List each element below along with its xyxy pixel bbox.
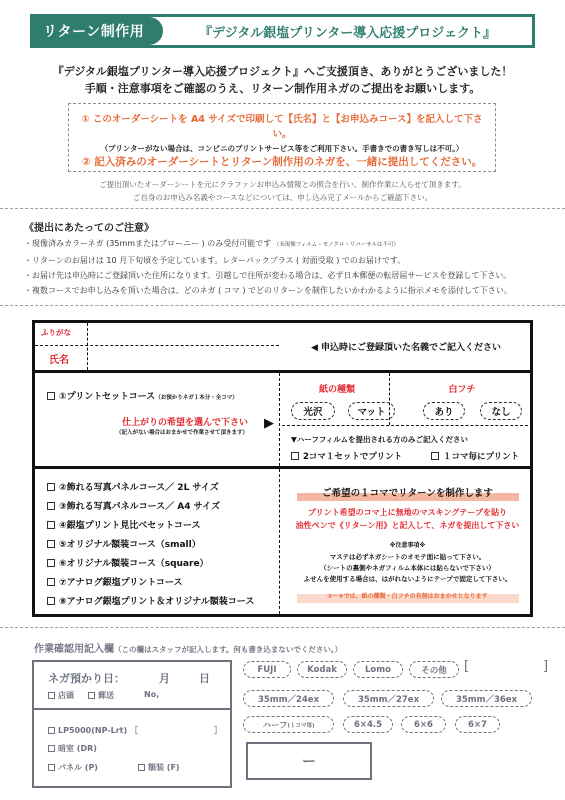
furigana-label: ふりがな <box>41 327 71 338</box>
frame-info-title: ご希望の１コマでリターンを制作します <box>282 485 533 499</box>
course-4-checkbox[interactable]: ④銀塩プリント見比べセットコース <box>47 518 200 531</box>
caution-item: ・複数コースでお申し込みを頂いた場合は、どのネガ ( コマ ) でどのリターンを… <box>24 283 512 298</box>
course-8-checkbox[interactable]: ⑧アナログ銀塩プリント＆オリジナル額装コース <box>47 594 254 607</box>
furigana-input[interactable] <box>91 324 277 344</box>
caution-item: ・リターンのお届けは 10 月下旬頃を予定しています。レターパックプラス ( 対… <box>24 253 512 268</box>
course-1-row: ①プリントセットコース（お預かりネガ１本分・全コマ） 仕上がりの希望を選んで下さ… <box>35 373 530 469</box>
divider-bottom <box>0 627 565 628</box>
day-label: 日 <box>199 670 210 686</box>
caution-item: ・お届け先は申込時にご登録頂いた住所になります。引越しで住所が変わる場合は、必ず… <box>24 268 512 283</box>
staff-receipt-box: ネガ預かり日： 月 日 店頭 郵送 No, LP5000(NP-Lrt) ［ ］… <box>32 660 232 788</box>
other-bracket-open: [ <box>464 659 469 674</box>
frame-instruction-2: 油性ペンで《リターン用》と記入して、ネガを提出して下さい <box>282 520 533 531</box>
half-1-frame-checkbox[interactable]: １コマ毎にプリント <box>431 450 519 462</box>
frame-caution-3: ふせんを使用する場合は、はがれないようにテープで固定して下さい。 <box>282 574 533 583</box>
panel-checkbox[interactable]: パネル (P) <box>48 762 98 773</box>
format-35mm-24ex[interactable]: 35mm／24ex <box>243 690 334 707</box>
caution-heading: ※注意事項※ <box>282 540 533 549</box>
count-box[interactable]: ー <box>246 742 372 780</box>
darkroom-checkbox[interactable]: 暗室 (DR) <box>48 743 97 754</box>
course-1-checkbox[interactable]: ①プリントセットコース（お預かりネガ１本分・全コマ） <box>47 389 238 402</box>
course-6-checkbox[interactable]: ⑥オリジナル額装コース（square） <box>47 556 209 569</box>
name-input[interactable] <box>91 347 277 369</box>
name-label: 氏名 <box>49 351 69 366</box>
course-7-checkbox[interactable]: ⑦アナログ銀塩プリントコース <box>47 575 182 588</box>
course-1-hint: 仕上がりの希望を選んで下さい <box>122 415 248 428</box>
other-bracket-close: ] <box>543 659 548 674</box>
paper-type-label: 紙の種類 <box>285 382 389 395</box>
month-label: 月 <box>159 670 170 686</box>
half-2-frames-checkbox[interactable]: 2コマ１セットでプリント <box>291 450 402 462</box>
course-3-checkbox[interactable]: ③飾れる写真パネルコース／ A4 サイズ <box>47 499 220 512</box>
notice-line-1: ご提出頂いたオーダーシートを元にクラファンお申込み情報との照合を行い、制作作業に… <box>0 178 565 191</box>
half-film-note: ▼ハーフフィルムを提出される方のみご記入ください <box>291 434 468 445</box>
course-2-checkbox[interactable]: ②飾れる写真パネルコース／ 2L サイズ <box>47 480 219 493</box>
brand-kodak-option[interactable]: Kodak <box>297 661 347 678</box>
lp5000-checkbox[interactable]: LP5000(NP-Lrt) ［ <box>48 725 138 736</box>
white-border-label: 白フチ <box>392 382 532 395</box>
format-6x4-5[interactable]: 6×4.5 <box>343 716 393 733</box>
order-form: ふりがな 氏名 ◀ 申込時にご登録頂いた名義でご記入ください ①プリントセットコ… <box>32 320 533 617</box>
divider-mid <box>0 305 565 306</box>
format-35mm-27ex[interactable]: 35mm／27ex <box>343 690 434 707</box>
paper-glossy-option[interactable]: 光沢 <box>291 402 335 420</box>
brand-lomo-option[interactable]: Lomo <box>353 661 403 678</box>
intro-line-2: 手順・注意事項をご確認のうえ、リターン制作用ネガのご提出をお願いします。 <box>0 80 565 97</box>
name-hint: ◀ 申込時にご登録頂いた名義でご記入ください <box>282 323 530 370</box>
frame-instruction-1: プリント希望のコマ上に無地のマスキングテープを貼り <box>282 507 533 518</box>
caution-item: ・現像済みカラーネガ (35mmまたはブローニー ) のみ受付可能です （未現像… <box>24 236 512 253</box>
frame-caution-1: マステは必ずネガシートのオモテ面に貼って下さい。 <box>282 552 533 561</box>
notice: ご提出頂いたオーダーシートを元にクラファンお申込み情報との照合を行い、制作作業に… <box>0 178 565 204</box>
number-label: No, <box>144 690 159 699</box>
frame-caution-2: （シートの裏側やネガフィルム本体には貼らないで下さい） <box>282 563 533 572</box>
border-no-option[interactable]: なし <box>480 402 522 420</box>
instructions-box: ① このオーダーシートを A4 サイズで印刷して【氏名】と【お申込みコース】を記… <box>68 103 496 172</box>
intro-line-1: 『デジタル銀塩プリンター導入応援プロジェクト』へご支援頂き、ありがとうございまし… <box>0 63 565 80</box>
checkbox-icon[interactable] <box>47 392 55 400</box>
course-5-checkbox[interactable]: ⑤オリジナル額装コース（small） <box>47 537 201 550</box>
received-date-label: ネガ預かり日： <box>48 670 125 686</box>
frame-checkbox[interactable]: 額装 (F) <box>138 762 180 773</box>
brand-fuji-option[interactable]: FUJI <box>243 661 291 678</box>
caution-list: ・現像済みカラーネガ (35mmまたはブローニー ) のみ受付可能です （未現像… <box>24 236 512 298</box>
lp5000-bracket-close: ］ <box>214 725 222 736</box>
format-35mm-36ex[interactable]: 35mm／36ex <box>441 690 532 707</box>
checkbox-icon[interactable] <box>431 452 439 460</box>
format-half[interactable]: ハーフ(１コマ毎) <box>243 716 334 733</box>
format-6x7[interactable]: 6×7 <box>455 716 500 733</box>
border-yes-option[interactable]: あり <box>423 402 465 420</box>
header-banner: リターン制作用 『デジタル銀塩プリンター導入応援プロジェクト』 <box>30 14 535 48</box>
mail-checkbox[interactable]: 郵送 <box>88 690 114 701</box>
courses-row: ②飾れる写真パネルコース／ 2L サイズ ③飾れる写真パネルコース／ A4 サイ… <box>35 469 530 614</box>
checkbox-icon[interactable] <box>291 452 299 460</box>
paper-matte-option[interactable]: マット <box>348 402 395 420</box>
staff-section-title: 作業確認用記入欄（この欄はスタッフが記入します。何も書き込まないでください。） <box>34 640 342 655</box>
course-1-hint-note: （記入がない場合はおまかせで作業させて頂きます） <box>116 428 248 436</box>
name-row: ふりがな 氏名 ◀ 申込時にご登録頂いた名義でご記入ください <box>35 323 530 373</box>
step-2: ② 記入済みのオーダーシートとリターン制作用のネガを、一緒に提出してください。 <box>75 155 489 170</box>
caution-title: 《提出にあたってのご注意》 <box>24 219 154 234</box>
arrow-right-icon: ▶ <box>264 416 274 431</box>
store-checkbox[interactable]: 店頭 <box>48 690 74 701</box>
notice-line-2: ご自身のお申込み名義やコースなどについては、申し込み完了メールからご確認下さい。 <box>0 191 565 204</box>
header-tag: リターン制作用 <box>33 17 163 45</box>
step-1: ① このオーダーシートを A4 サイズで印刷して【氏名】と【お申込みコース】を記… <box>75 112 489 142</box>
header-title: 『デジタル銀塩プリンター導入応援プロジェクト』 <box>163 17 532 45</box>
step-1-note: （プリンターがない場合は、コンビニのプリントサービス等をご利用下さい。手書きでの… <box>75 142 489 155</box>
divider-top <box>0 208 565 209</box>
brand-other-option[interactable]: その他 <box>409 661 459 678</box>
frame-info-footer: ②～⑧では、紙の種類・白フチの有無はおまかせとなります <box>282 591 533 600</box>
format-6x6[interactable]: 6×6 <box>401 716 446 733</box>
